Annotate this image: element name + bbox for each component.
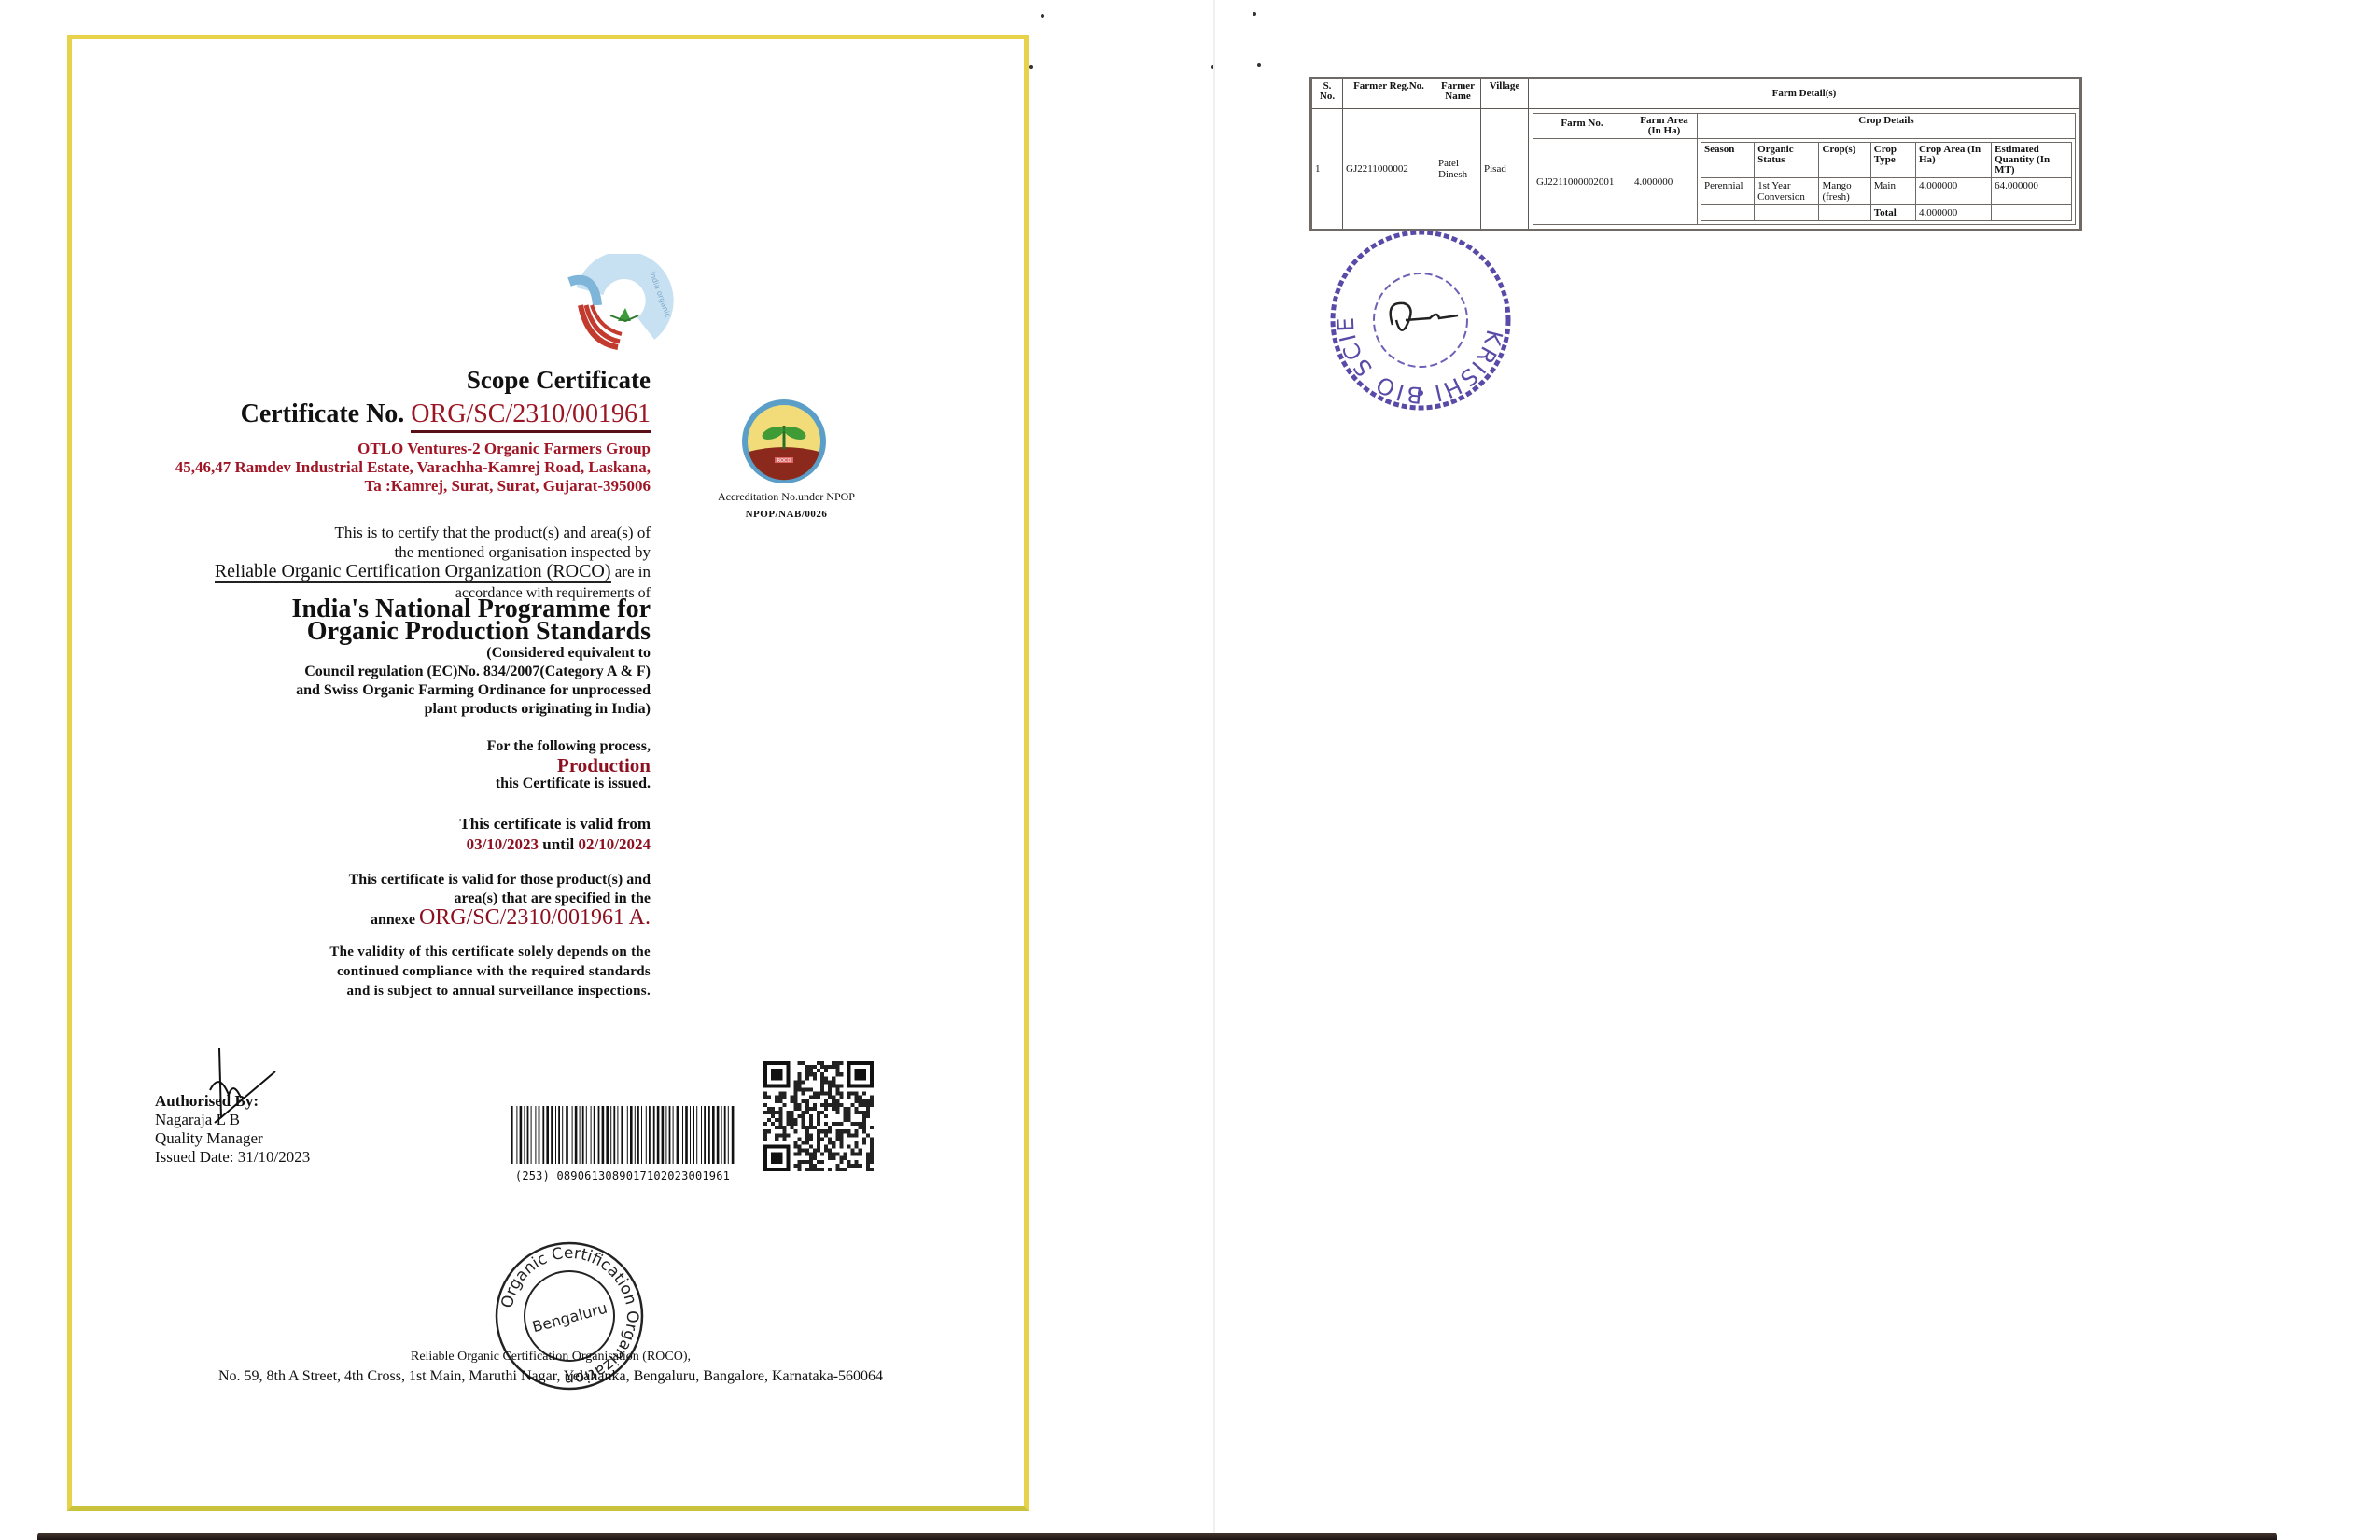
roco-logo: ROCO — [740, 398, 828, 485]
signatory-block: Authorised By: Nagaraja L B Quality Mana… — [155, 1092, 310, 1167]
certificate-number: ORG/SC/2310/001961 — [411, 399, 651, 433]
scan-speck — [1041, 14, 1044, 18]
annexe-statement: This certificate is valid for those prod… — [349, 871, 651, 930]
header-village: Village — [1481, 78, 1529, 109]
cell-farmer-reg-no: GJ2211000002 — [1343, 109, 1435, 231]
signatory-name: Nagaraja L B — [155, 1111, 310, 1129]
header-farm-details: Farm Detail(s) — [1529, 78, 2081, 109]
cell-organic-status: 1st Year Conversion — [1755, 178, 1819, 205]
certifier-name: Reliable Organic Certification Organizat… — [215, 562, 611, 583]
total-row: Total 4.000000 — [1701, 205, 2072, 221]
header-crop-area: Crop Area (In Ha) — [1915, 143, 1991, 178]
annexe-farm-table: S. No. Farmer Reg.No. Farmer Name Villag… — [1309, 77, 2082, 231]
scan-speck — [1253, 12, 1256, 16]
cell-crops: Mango (fresh) — [1819, 178, 1870, 205]
total-label: Total — [1870, 205, 1915, 221]
cell-crop-type: Main — [1870, 178, 1915, 205]
crop-subtable: Season Organic Status Crop(s) Crop Type … — [1701, 142, 2072, 221]
farm-subtable: Farm No. Farm Area (In Ha) Crop Details … — [1533, 113, 2076, 225]
barcode-number: (253) 0890613089017102023001961 — [511, 1169, 735, 1183]
svg-text:ROCO: ROCO — [777, 458, 791, 464]
certify-statement: This is to certify that the product(s) a… — [215, 523, 651, 603]
cell-crop-area: 4.000000 — [1915, 178, 1991, 205]
page-separator — [1213, 0, 1215, 1540]
header-estimated-quantity: Estimated Quantity (In MT) — [1992, 143, 2072, 178]
table-row: Perennial 1st Year Conversion Mango (fre… — [1701, 178, 2072, 205]
certify-line-1: This is to certify that the product(s) a… — [215, 523, 651, 542]
equivalence-statement: (Considered equivalent to Council regula… — [296, 644, 651, 719]
validity-conditions: The validity of this certificate solely … — [329, 943, 651, 1001]
operator-address-1: 45,46,47 Ramdev Industrial Estate, Varac… — [175, 458, 651, 477]
process-statement: For the following process, Production th… — [487, 737, 651, 793]
cell-farm-area: 4.000000 — [1631, 139, 1698, 225]
india-organic-logo: india organic — [553, 254, 674, 357]
validity-period: This certificate is valid from 03/10/202… — [459, 814, 651, 855]
operator-address-2: Ta :Kamrej, Surat, Surat, Gujarat-395006 — [175, 477, 651, 496]
header-crops: Crop(s) — [1819, 143, 1870, 178]
cell-s-no: 1 — [1311, 109, 1343, 231]
standard-name: India's National Programme for Organic P… — [292, 598, 651, 643]
cell-season: Perennial — [1701, 178, 1755, 205]
barcode — [511, 1106, 735, 1164]
cell-farm-no: GJ2211000002001 — [1533, 139, 1631, 225]
accreditation-label: Accreditation No.under NPOP — [691, 490, 882, 504]
header-s-no: S. No. — [1311, 78, 1343, 109]
header-crop-type: Crop Type — [1870, 143, 1915, 178]
svg-text:Bengaluru: Bengaluru — [530, 1299, 609, 1337]
certify-line-3: Reliable Organic Certification Organizat… — [215, 562, 651, 583]
cell-village: Pisad — [1481, 109, 1529, 231]
header-farmer-reg-no: Farmer Reg.No. — [1343, 78, 1435, 109]
issued-date: Issued Date: 31/10/2023 — [155, 1148, 310, 1167]
total-crop-area: 4.000000 — [1915, 205, 1991, 221]
signatory-role: Quality Manager — [155, 1129, 310, 1148]
header-farm-area: Farm Area (In Ha) — [1631, 114, 1698, 139]
header-organic-status: Organic Status — [1755, 143, 1819, 178]
footer-organisation: Reliable Organic Certification Organisat… — [0, 1350, 1101, 1365]
header-season: Season — [1701, 143, 1755, 178]
header-farmer-name: Farmer Name — [1435, 78, 1481, 109]
operator-block: OTLO Ventures-2 Organic Farmers Group 45… — [175, 440, 651, 496]
process-name: Production — [487, 756, 651, 775]
footer-address: No. 59, 8th A Street, 4th Cross, 1st Mai… — [0, 1368, 1101, 1385]
header-crop-details: Crop Details — [1698, 114, 2076, 139]
krishi-bio-science-stamp: KRISHI BIO SCIENCE (P.) LTD — [1327, 227, 1514, 413]
annexe-reference: ORG/SC/2310/001961 A. — [419, 905, 651, 930]
scan-speck — [1257, 63, 1261, 67]
certificate-number-label: Certificate No. — [241, 399, 405, 428]
scanner-bottom-edge — [37, 1533, 2277, 1540]
valid-until-date: 02/10/2024 — [579, 835, 651, 853]
table-row: 1 GJ2211000002 Patel Dinesh Pisad Farm N… — [1311, 109, 2081, 231]
certificate-number-line: Certificate No. ORG/SC/2310/001961 — [241, 399, 651, 429]
authorised-by-label: Authorised By: — [155, 1092, 310, 1111]
cell-estimated-quantity: 64.000000 — [1992, 178, 2072, 205]
scan-speck — [1029, 65, 1033, 69]
cell-farmer-name: Patel Dinesh — [1435, 109, 1481, 231]
certificate-title: Scope Certificate — [467, 366, 651, 395]
qr-code[interactable] — [763, 1061, 874, 1171]
header-farm-no: Farm No. — [1533, 114, 1631, 139]
certify-line-2: the mentioned organisation inspected by — [215, 542, 651, 562]
valid-from-date: 03/10/2023 — [467, 835, 539, 853]
operator-name: OTLO Ventures-2 Organic Farmers Group — [175, 440, 651, 458]
accreditation-number: NPOP/NAB/0026 — [691, 509, 882, 520]
